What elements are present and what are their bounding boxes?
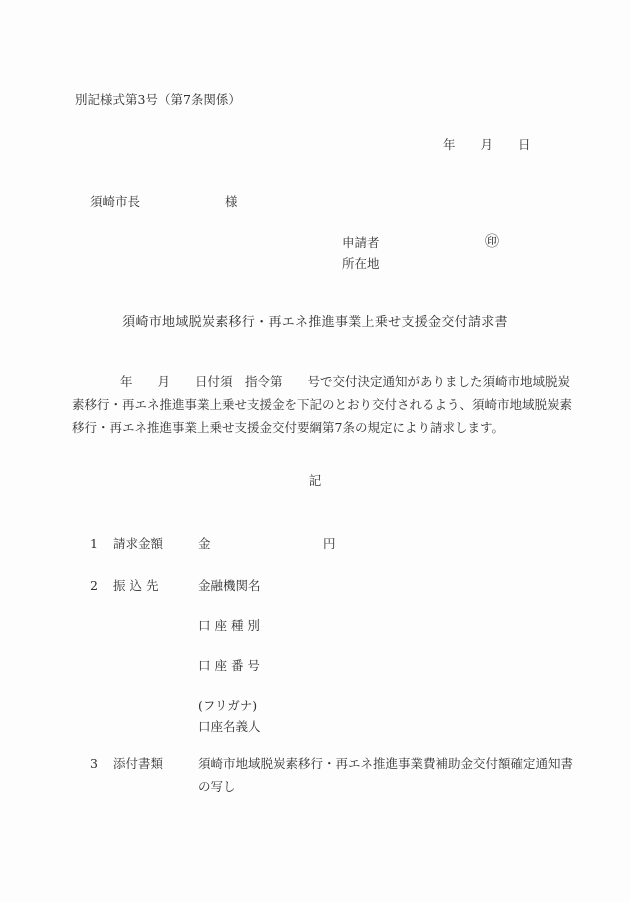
item-2-label: 振 込 先 <box>113 578 158 594</box>
item-3-content-line-2: の写し <box>198 779 236 795</box>
body-line-1: 年 月 日付須 指令第 号で交付決定通知がありました須崎市地域脱炭 <box>120 374 570 390</box>
body-line-3: 移行・再エネ推進事業上乗せ支援金交付要綱第7条の規定により請求します。 <box>72 420 504 436</box>
item-3-label: 添付書類 <box>113 756 163 772</box>
item-2-number: 2 <box>90 578 98 594</box>
item-3-content-line-1: 須崎市地域脱炭素移行・再エネ推進事業費補助金交付額確定通知書 <box>198 756 573 772</box>
item-1-amount-suffix: 円 <box>323 536 336 552</box>
item-1-amount-prefix: 金 <box>198 536 211 552</box>
recipient-honorific: 様 <box>225 194 238 210</box>
item-2-furigana-label: (フリガナ) <box>198 698 257 714</box>
item-2-account-type-label: 口 座 種 別 <box>198 618 260 634</box>
form-number: 別記様式第3号（第7条関係） <box>75 92 241 108</box>
item-3-number: 3 <box>90 756 98 772</box>
applicant-label: 申請者 <box>342 235 380 251</box>
item-2-account-number-label: 口 座 番 号 <box>198 658 260 674</box>
item-2-account-holder-label: 口座名義人 <box>198 719 261 735</box>
recipient-name: 須崎市長 <box>90 194 140 210</box>
item-1-label: 請求金額 <box>113 536 163 552</box>
body-line-2: 素移行・再エネ推進事業上乗せ支援金を下記のとおり交付されるよう、須崎市地域脱炭素 <box>72 397 572 413</box>
item-1-number: 1 <box>90 536 98 552</box>
document-title: 須崎市地域脱炭素移行・再エネ推進事業上乗せ支援金交付請求書 <box>0 315 630 332</box>
item-2-bank-name-label: 金融機関名 <box>198 578 261 594</box>
record-marker: 記 <box>0 473 630 489</box>
seal-icon: ㊞ <box>485 233 499 251</box>
date-line: 年 月 日 <box>443 137 531 153</box>
document-page: 別記様式第3号（第7条関係） 年 月 日 須崎市長 様 申請者 ㊞ 所在地 須崎… <box>0 0 630 903</box>
applicant-address-label: 所在地 <box>342 256 380 272</box>
